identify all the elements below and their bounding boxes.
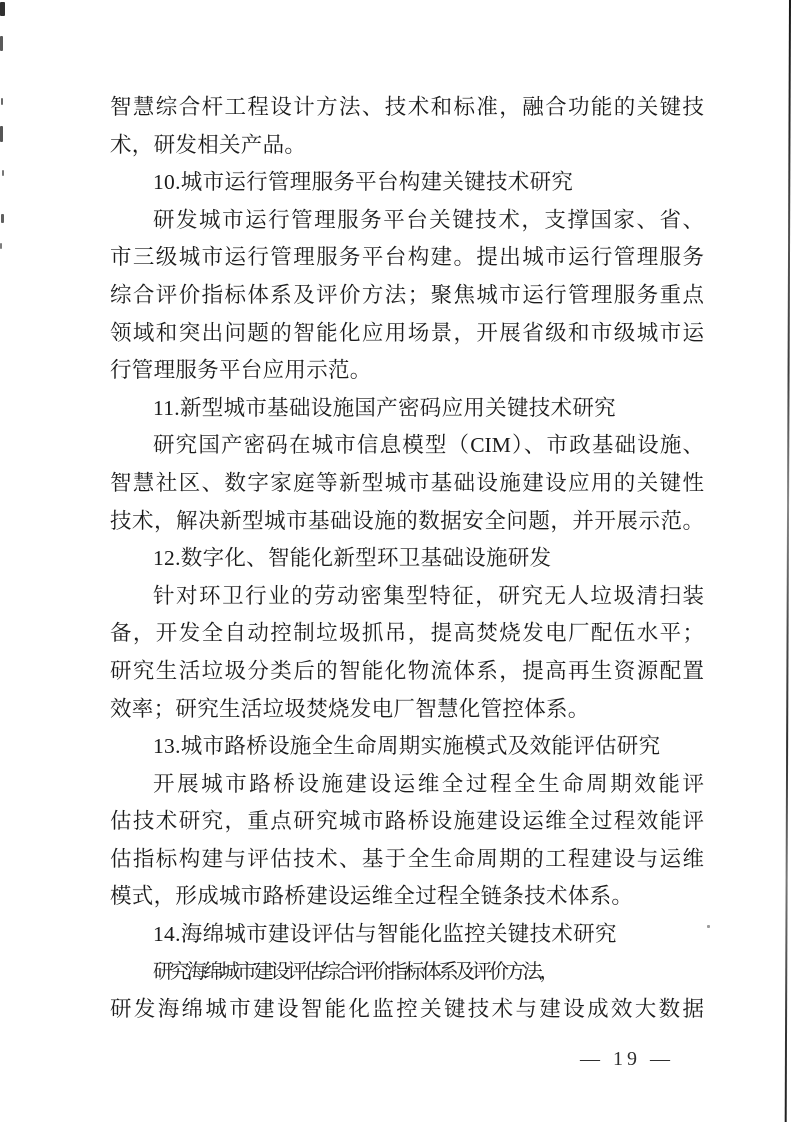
section-heading-10: 10.城市运行管理服务平台构建关键技术研究 (110, 164, 704, 202)
text-line: 研发城市运行管理服务平台关键技术，支撑国家、省、 (110, 202, 704, 240)
text-line: 估指标构建与评估技术、基于全生命周期的工程建设与运维 (110, 841, 704, 879)
scan-speck (0, 2, 5, 16)
text-line: 研究生活垃圾分类后的智能化物流体系，提高再生资源配置 (110, 653, 704, 691)
text-line: 针对环卫行业的劳动密集型特征，研究无人垃圾清扫装 (110, 578, 704, 616)
page-number: — 19 — (580, 1048, 674, 1071)
text-line: 效率；研究生活垃圾焚烧发电厂智慧化管控体系。 (110, 691, 704, 729)
text-line: 研发海绵城市建设智能化监控关键技术与建设成效大数据 (110, 991, 704, 1029)
section-heading-13: 13.城市路桥设施全生命周期实施模式及效能评估研究 (110, 728, 704, 766)
document-text-block: 智慧综合杆工程设计方法、技术和标准，融合功能的关键技 术，研发相关产品。 10.… (110, 89, 704, 1029)
text-line: 开展城市路桥设施建设运维全过程全生命周期效能评 (110, 766, 704, 804)
text-line: 研究国产密码在城市信息模型（CIM）、市政基础设施、 (110, 427, 704, 465)
text-line: 行管理服务平台应用示范。 (110, 352, 704, 390)
scan-speck (1, 98, 3, 105)
text-line: 模式，形成城市路桥建设运维全过程全链条技术体系。 (110, 878, 704, 916)
text-line: 领域和突出问题的智能化应用场景，开展省级和市级城市运 (110, 315, 704, 353)
scan-speck (707, 925, 710, 928)
scan-speck (1, 214, 4, 223)
text-line: 市三级城市运行管理服务平台构建。提出城市运行管理服务 (110, 239, 704, 277)
text-line: 研究海绵城市建设评估综合评价指标体系及评价方法， (110, 954, 704, 992)
scan-speck (2, 170, 4, 176)
text-line: 术，研发相关产品。 (110, 127, 704, 165)
text-line: 智慧社区、数字家庭等新型城市基础设施建设应用的关键性 (110, 465, 704, 503)
section-heading-12: 12.数字化、智能化新型环卫基础设施研发 (110, 540, 704, 578)
text-line: 技术，解决新型城市基础设施的数据安全问题，并开展示范。 (110, 503, 704, 541)
text-line: 综合评价指标体系及评价方法；聚焦城市运行管理服务重点 (110, 277, 704, 315)
scan-speck (0, 36, 3, 51)
section-heading-14: 14.海绵城市建设评估与智能化监控关键技术研究 (110, 916, 704, 954)
section-heading-11: 11.新型城市基础设施国产密码应用关键技术研究 (110, 390, 704, 428)
text-line: 估技术研究，重点研究城市路桥设施建设运维全过程效能评 (110, 803, 704, 841)
text-line: 智慧综合杆工程设计方法、技术和标准，融合功能的关键技 (110, 89, 704, 127)
scan-edge-artifact (785, 0, 791, 1122)
document-page: 智慧综合杆工程设计方法、技术和标准，融合功能的关键技 术，研发相关产品。 10.… (0, 0, 794, 1122)
text-line: 备，开发全自动控制垃圾抓吊，提高焚烧发电厂配伍水平； (110, 615, 704, 653)
scan-speck (0, 243, 2, 249)
scan-speck (0, 126, 3, 142)
